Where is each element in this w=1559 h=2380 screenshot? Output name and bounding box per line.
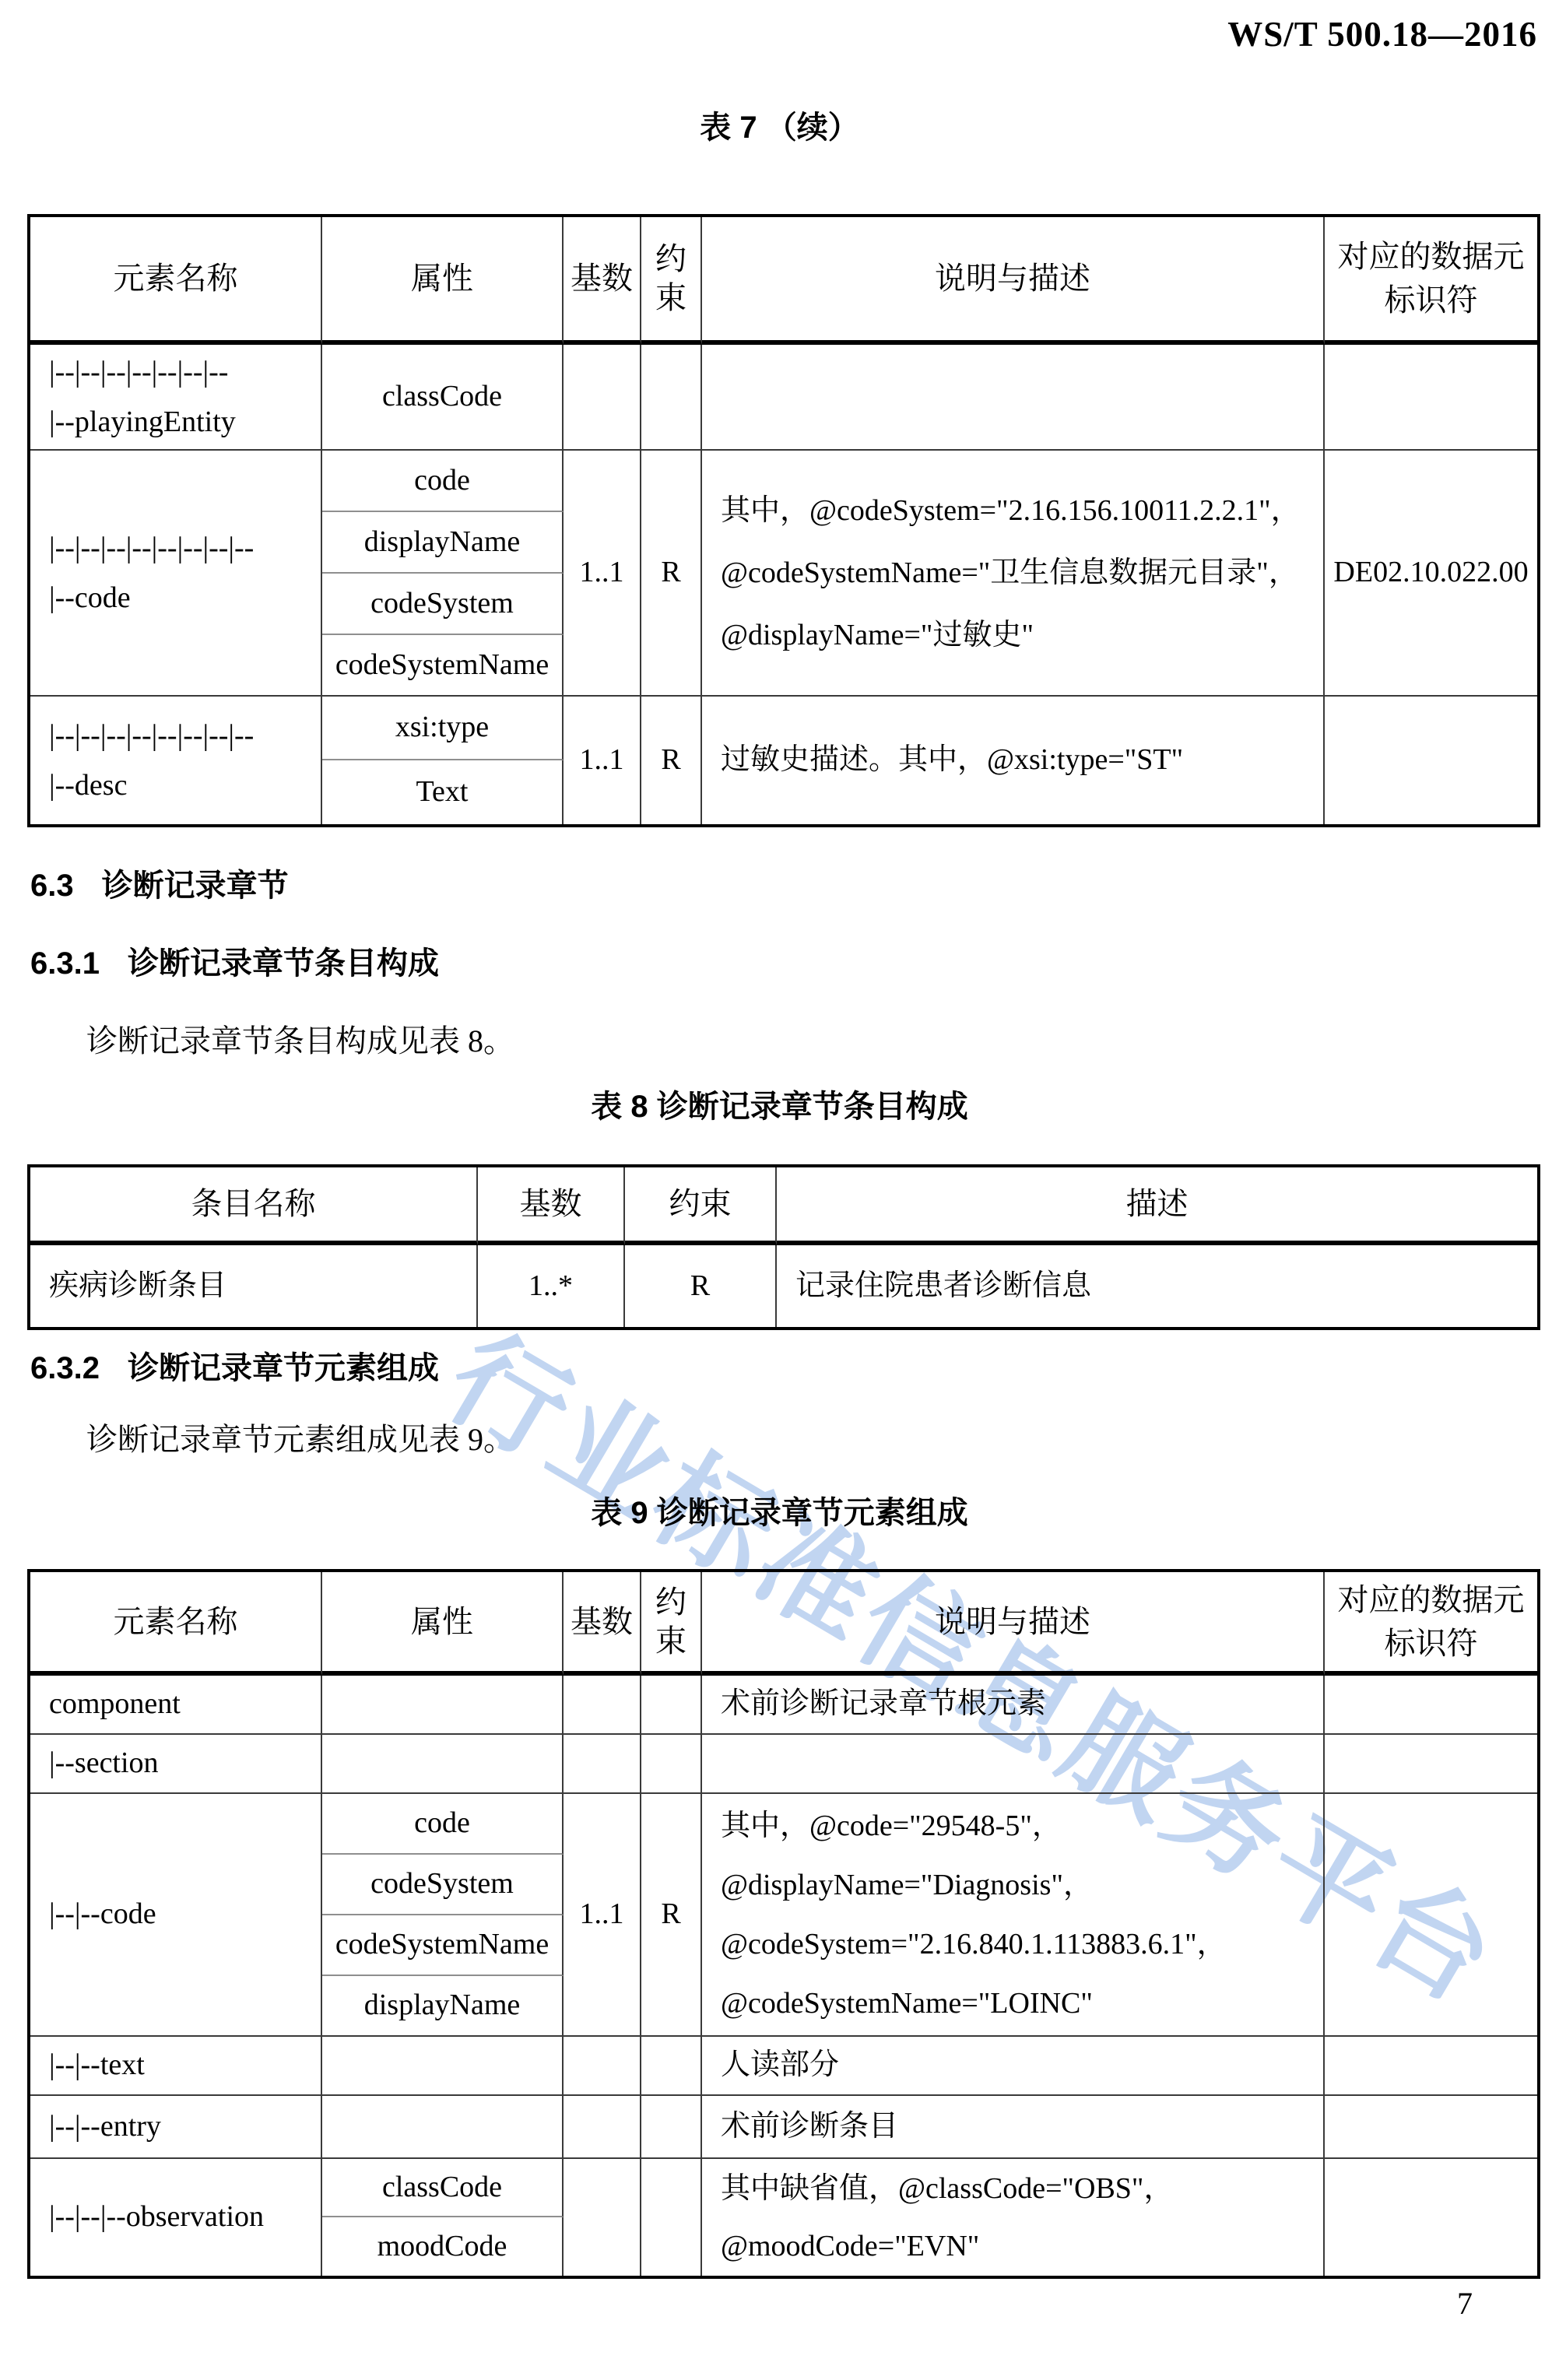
table8-header-name: 条目名称 (30, 1167, 478, 1245)
description-line: @codeSystemName="LOINC" (721, 1974, 1227, 2033)
element-name-line: |--|--|--|--|--|--|--|-- (49, 711, 254, 760)
empty-cell (1325, 1794, 1537, 2037)
description-cell: 术前诊断记录章节根元素 (702, 1676, 1325, 1735)
data-element-id-header-lines: 对应的数据元 标识符 (1338, 1578, 1525, 1666)
description-line: @moodCode="EVN" (721, 2217, 1173, 2275)
description-line: @displayName="过敏史" (721, 604, 1301, 666)
empty-cell (564, 2037, 641, 2096)
section-heading-6-3: 6.3诊断记录章节 (30, 861, 289, 905)
table7-header-data-element-id: 对应的数据元 标识符 (1325, 217, 1537, 345)
table8-title: 表 8 诊断记录章节条目构成 (0, 1082, 1559, 1126)
empty-cell (1325, 345, 1537, 451)
empty-cell (641, 2037, 702, 2096)
description-line: 其中，@codeSystem="2.16.156.10011.2.2.1"， (721, 479, 1301, 542)
empty-cell (1325, 2096, 1537, 2159)
table8-header-constraint: 约束 (625, 1167, 777, 1245)
section-title: 诊断记录章节 (102, 869, 289, 903)
header-line: 标识符 (1338, 279, 1525, 322)
element-name-cell: |--|--text (30, 2037, 322, 2096)
empty-cell (564, 345, 641, 451)
table7-title: 表 7 （续） (0, 103, 1559, 147)
empty-cell (641, 2159, 702, 2276)
empty-cell (1325, 1735, 1537, 1794)
table7: 元素名称 属性 基数 约束 说明与描述 对应的数据元 标识符 |--|--|--… (27, 214, 1540, 827)
empty-cell (322, 1676, 564, 1735)
attribute-cell: classCode (322, 345, 564, 451)
header-line: 对应的数据元 (1338, 235, 1525, 279)
paragraph-6-3-2: 诊断记录章节元素组成见表 9。 (86, 1415, 514, 1459)
element-name-cell: |--|--|--|--|--|--|-- |--playingEntity (30, 345, 322, 451)
description-line: 其中缺省值，@classCode="OBS"， (721, 2160, 1173, 2217)
header-line: 标识符 (1338, 1622, 1525, 1666)
table8-header-description: 描述 (777, 1167, 1537, 1245)
empty-cell (322, 1735, 564, 1794)
empty-cell (641, 345, 702, 451)
description-cell: 其中缺省值，@classCode="OBS"， @moodCode="EVN" (702, 2159, 1325, 2276)
section-number: 6.3 (30, 869, 74, 903)
data-element-id-cell: DE02.10.022.00 (1325, 451, 1537, 697)
cardinality-cell: 1..1 (564, 1794, 641, 2037)
document-page: 行业标准信息服务平台 WS/T 500.18—2016 表 7 （续） 元素名称… (0, 0, 1559, 2380)
description-cell: 过敏史描述。其中，@xsi:type="ST" (702, 697, 1325, 824)
element-name-cell: |--|--entry (30, 2096, 322, 2159)
element-name-cell: |--|--code (30, 1794, 322, 2037)
empty-cell (1325, 2037, 1537, 2096)
attribute-cell: displayName (322, 512, 564, 574)
cardinality-cell: 1..1 (564, 451, 641, 697)
table9: 元素名称 属性 基数 约束 说明与描述 对应的数据元 标识符 component… (27, 1569, 1540, 2279)
attribute-cell: codeSystemName (322, 635, 564, 697)
section-number: 6.3.1 (30, 946, 100, 981)
table9-header-constraint: 约束 (641, 1572, 702, 1676)
element-name-cell: |--|--|--observation (30, 2159, 322, 2276)
attribute-cell: codeSystem (322, 1855, 564, 1915)
description-lines: 其中，@codeSystem="2.16.156.10011.2.2.1"， @… (721, 479, 1301, 666)
element-name-line: |--desc (49, 760, 254, 810)
attribute-cell: displayName (322, 1976, 564, 2037)
table7-header-description: 说明与描述 (702, 217, 1325, 345)
element-name: |--|--|--|--|--|--|-- |--playingEntity (49, 347, 236, 447)
element-name-line: |--|--|--|--|--|--|-- (49, 347, 236, 397)
attribute-cell: code (322, 451, 564, 512)
element-name-line: |--|--|--|--|--|--|--|-- (49, 523, 254, 573)
table7-header-name: 元素名称 (30, 217, 322, 345)
attribute-cell: code (322, 1794, 564, 1855)
empty-cell (1325, 1676, 1537, 1735)
attribute-cell: Text (322, 760, 564, 824)
empty-cell (641, 1676, 702, 1735)
description-cell: 人读部分 (702, 2037, 1325, 2096)
table7-header-attr: 属性 (322, 217, 564, 345)
table9-header-cardinality: 基数 (564, 1572, 641, 1676)
description-line: 其中，@code="29548-5"， (721, 1796, 1227, 1855)
empty-cell (322, 2096, 564, 2159)
table8-header-cardinality: 基数 (478, 1167, 625, 1245)
empty-cell (564, 1676, 641, 1735)
standard-number: WS/T 500.18—2016 (1227, 14, 1537, 54)
description-cell: 其中，@code="29548-5"， @displayName="Diagno… (702, 1794, 1325, 2037)
section-heading-6-3-1: 6.3.1诊断记录章节条目构成 (30, 939, 439, 983)
constraint-cell: R (641, 451, 702, 697)
element-name-cell: |--|--|--|--|--|--|--|-- |--code (30, 451, 322, 697)
element-name: |--|--|--|--|--|--|--|-- |--code (49, 523, 254, 623)
element-name: |--|--|--|--|--|--|--|-- |--desc (49, 711, 254, 810)
table9-title: 表 9 诊断记录章节元素组成 (0, 1488, 1559, 1532)
attribute-cell: codeSystemName (322, 1915, 564, 1976)
element-name-cell: component (30, 1676, 322, 1735)
attribute-cell: moodCode (322, 2217, 564, 2276)
empty-cell (322, 2037, 564, 2096)
constraint-cell: R (641, 697, 702, 824)
attribute-cell: codeSystem (322, 574, 564, 635)
table9-header-name: 元素名称 (30, 1572, 322, 1676)
table9-header-data-element-id: 对应的数据元 标识符 (1325, 1572, 1537, 1676)
empty-cell (702, 1735, 1325, 1794)
attribute-cell: classCode (322, 2159, 564, 2217)
empty-cell (641, 1735, 702, 1794)
empty-cell (702, 345, 1325, 451)
description-cell: 术前诊断条目 (702, 2096, 1325, 2159)
page-number: 7 (1457, 2285, 1473, 2322)
section-title: 诊断记录章节条目构成 (128, 946, 439, 981)
empty-cell (1325, 697, 1537, 824)
paragraph-6-3-1: 诊断记录章节条目构成见表 8。 (86, 1016, 514, 1061)
empty-cell (564, 2159, 641, 2276)
empty-cell (641, 2096, 702, 2159)
description-line: @codeSystem="2.16.840.1.113883.6.1"， (721, 1915, 1227, 1974)
constraint-cell: R (625, 1245, 777, 1327)
table8: 条目名称 基数 约束 描述 疾病诊断条目 1..* R 记录住院患者诊断信息 (27, 1164, 1540, 1330)
empty-cell (1325, 2159, 1537, 2276)
empty-cell (564, 1735, 641, 1794)
description-cell: 其中，@codeSystem="2.16.156.10011.2.2.1"， @… (702, 451, 1325, 697)
header-line: 对应的数据元 (1338, 1578, 1525, 1622)
constraint-cell: R (641, 1794, 702, 2037)
attribute-cell: xsi:type (322, 697, 564, 760)
section-title: 诊断记录章节元素组成 (128, 1351, 439, 1385)
description-lines: 其中缺省值，@classCode="OBS"， @moodCode="EVN" (721, 2160, 1173, 2275)
table7-header-constraint: 约束 (641, 217, 702, 345)
entry-name-cell: 疾病诊断条目 (30, 1245, 478, 1327)
table9-header-description: 说明与描述 (702, 1572, 1325, 1676)
element-name-line: |--playingEntity (49, 397, 236, 447)
description-lines: 其中，@code="29548-5"， @displayName="Diagno… (721, 1796, 1227, 2033)
table9-header-attr: 属性 (322, 1572, 564, 1676)
table7-header-cardinality: 基数 (564, 217, 641, 345)
section-number: 6.3.2 (30, 1351, 100, 1385)
element-name-cell: |--section (30, 1735, 322, 1794)
description-line: @displayName="Diagnosis"， (721, 1855, 1227, 1915)
empty-cell (564, 2096, 641, 2159)
cardinality-cell: 1..* (478, 1245, 625, 1327)
description-cell: 记录住院患者诊断信息 (777, 1245, 1537, 1327)
description-line: @codeSystemName="卫生信息数据元目录"， (721, 542, 1301, 604)
element-name-cell: |--|--|--|--|--|--|--|-- |--desc (30, 697, 322, 824)
data-element-id-header-lines: 对应的数据元 标识符 (1338, 235, 1525, 322)
section-heading-6-3-2: 6.3.2诊断记录章节元素组成 (30, 1343, 439, 1388)
element-name-line: |--code (49, 573, 254, 623)
cardinality-cell: 1..1 (564, 697, 641, 824)
